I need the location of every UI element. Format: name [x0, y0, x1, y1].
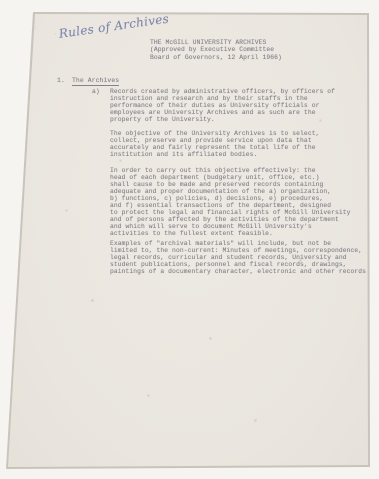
typed-line: property of the University.: [110, 116, 335, 123]
typed-line: In order to carry out this objective eff…: [110, 167, 350, 174]
paragraph-label: a): [92, 88, 100, 95]
document-header: THE McGILL UNIVERSITY ARCHIVES (Approved…: [150, 39, 282, 61]
typed-line: shall cause to be made and preserved rec…: [110, 181, 350, 188]
typed-line: activities to the fullest extent feasibl…: [110, 230, 350, 237]
scanned-page: { "document": { "handwritten_note": "Rul…: [0, 0, 379, 479]
typed-line: The objective of the University Archives…: [110, 130, 319, 137]
section-heading: 1.The Archives: [57, 77, 119, 84]
typed-line: b) functions, c) policies, d) decisions,…: [110, 195, 350, 202]
pencil-smudge: ·: [54, 30, 57, 39]
paragraph-departments: In order to carry out this objective eff…: [110, 167, 350, 237]
typed-line: to protect the legal and financial right…: [110, 209, 350, 216]
paragraph-records: Records created by administrative office…: [110, 88, 335, 123]
typed-line: employees are University Archives and as…: [110, 109, 335, 116]
pencil-smudge: ·: [34, 24, 37, 33]
typed-line: Records created by administrative office…: [110, 88, 335, 95]
typed-line: performance of their duties as Universit…: [110, 102, 335, 109]
typed-line: student publications, personnel and fisc…: [110, 261, 366, 268]
typed-line: collect, preserve and provide service up…: [110, 137, 319, 144]
paper-speckles: [0, 0, 1, 1]
paragraph-objective: The objective of the University Archives…: [110, 130, 319, 158]
approval-line: Board of Governors, 12 April 1966): [150, 54, 282, 61]
typed-line: institution and its affiliated bodies.: [110, 151, 319, 158]
document-paper: · · Rules of Archives THE McGILL UNIVERS…: [0, 0, 379, 479]
typed-line: adequate and proper documentation of the…: [110, 188, 350, 195]
paragraph-examples: Examples of "archival materials" will in…: [110, 240, 366, 275]
typed-line: accurately and fairly represent the tota…: [110, 144, 319, 151]
approval-line: (Approved by Executive Committee: [150, 46, 282, 53]
typed-line: and of persons affected by the activitie…: [110, 216, 350, 223]
typed-line: instruction and research and by their st…: [110, 95, 335, 102]
typed-line: Examples of "archival materials" will in…: [110, 240, 366, 247]
typed-line: and f) essential transactions of the dep…: [110, 202, 350, 209]
typed-line: head of each department (budgetary unit,…: [110, 174, 350, 181]
typed-line: paintings of a documentary character, el…: [110, 268, 366, 275]
section-title: The Archives: [72, 77, 119, 86]
section-number: 1.: [57, 77, 72, 84]
handwritten-note: Rules of Archives: [58, 10, 179, 41]
typed-line: and which will serve to document McGill …: [110, 223, 350, 230]
typed-line: limited to, the non-current: Minutes of …: [110, 247, 366, 254]
typed-line: legal records, curricular and student re…: [110, 254, 366, 261]
